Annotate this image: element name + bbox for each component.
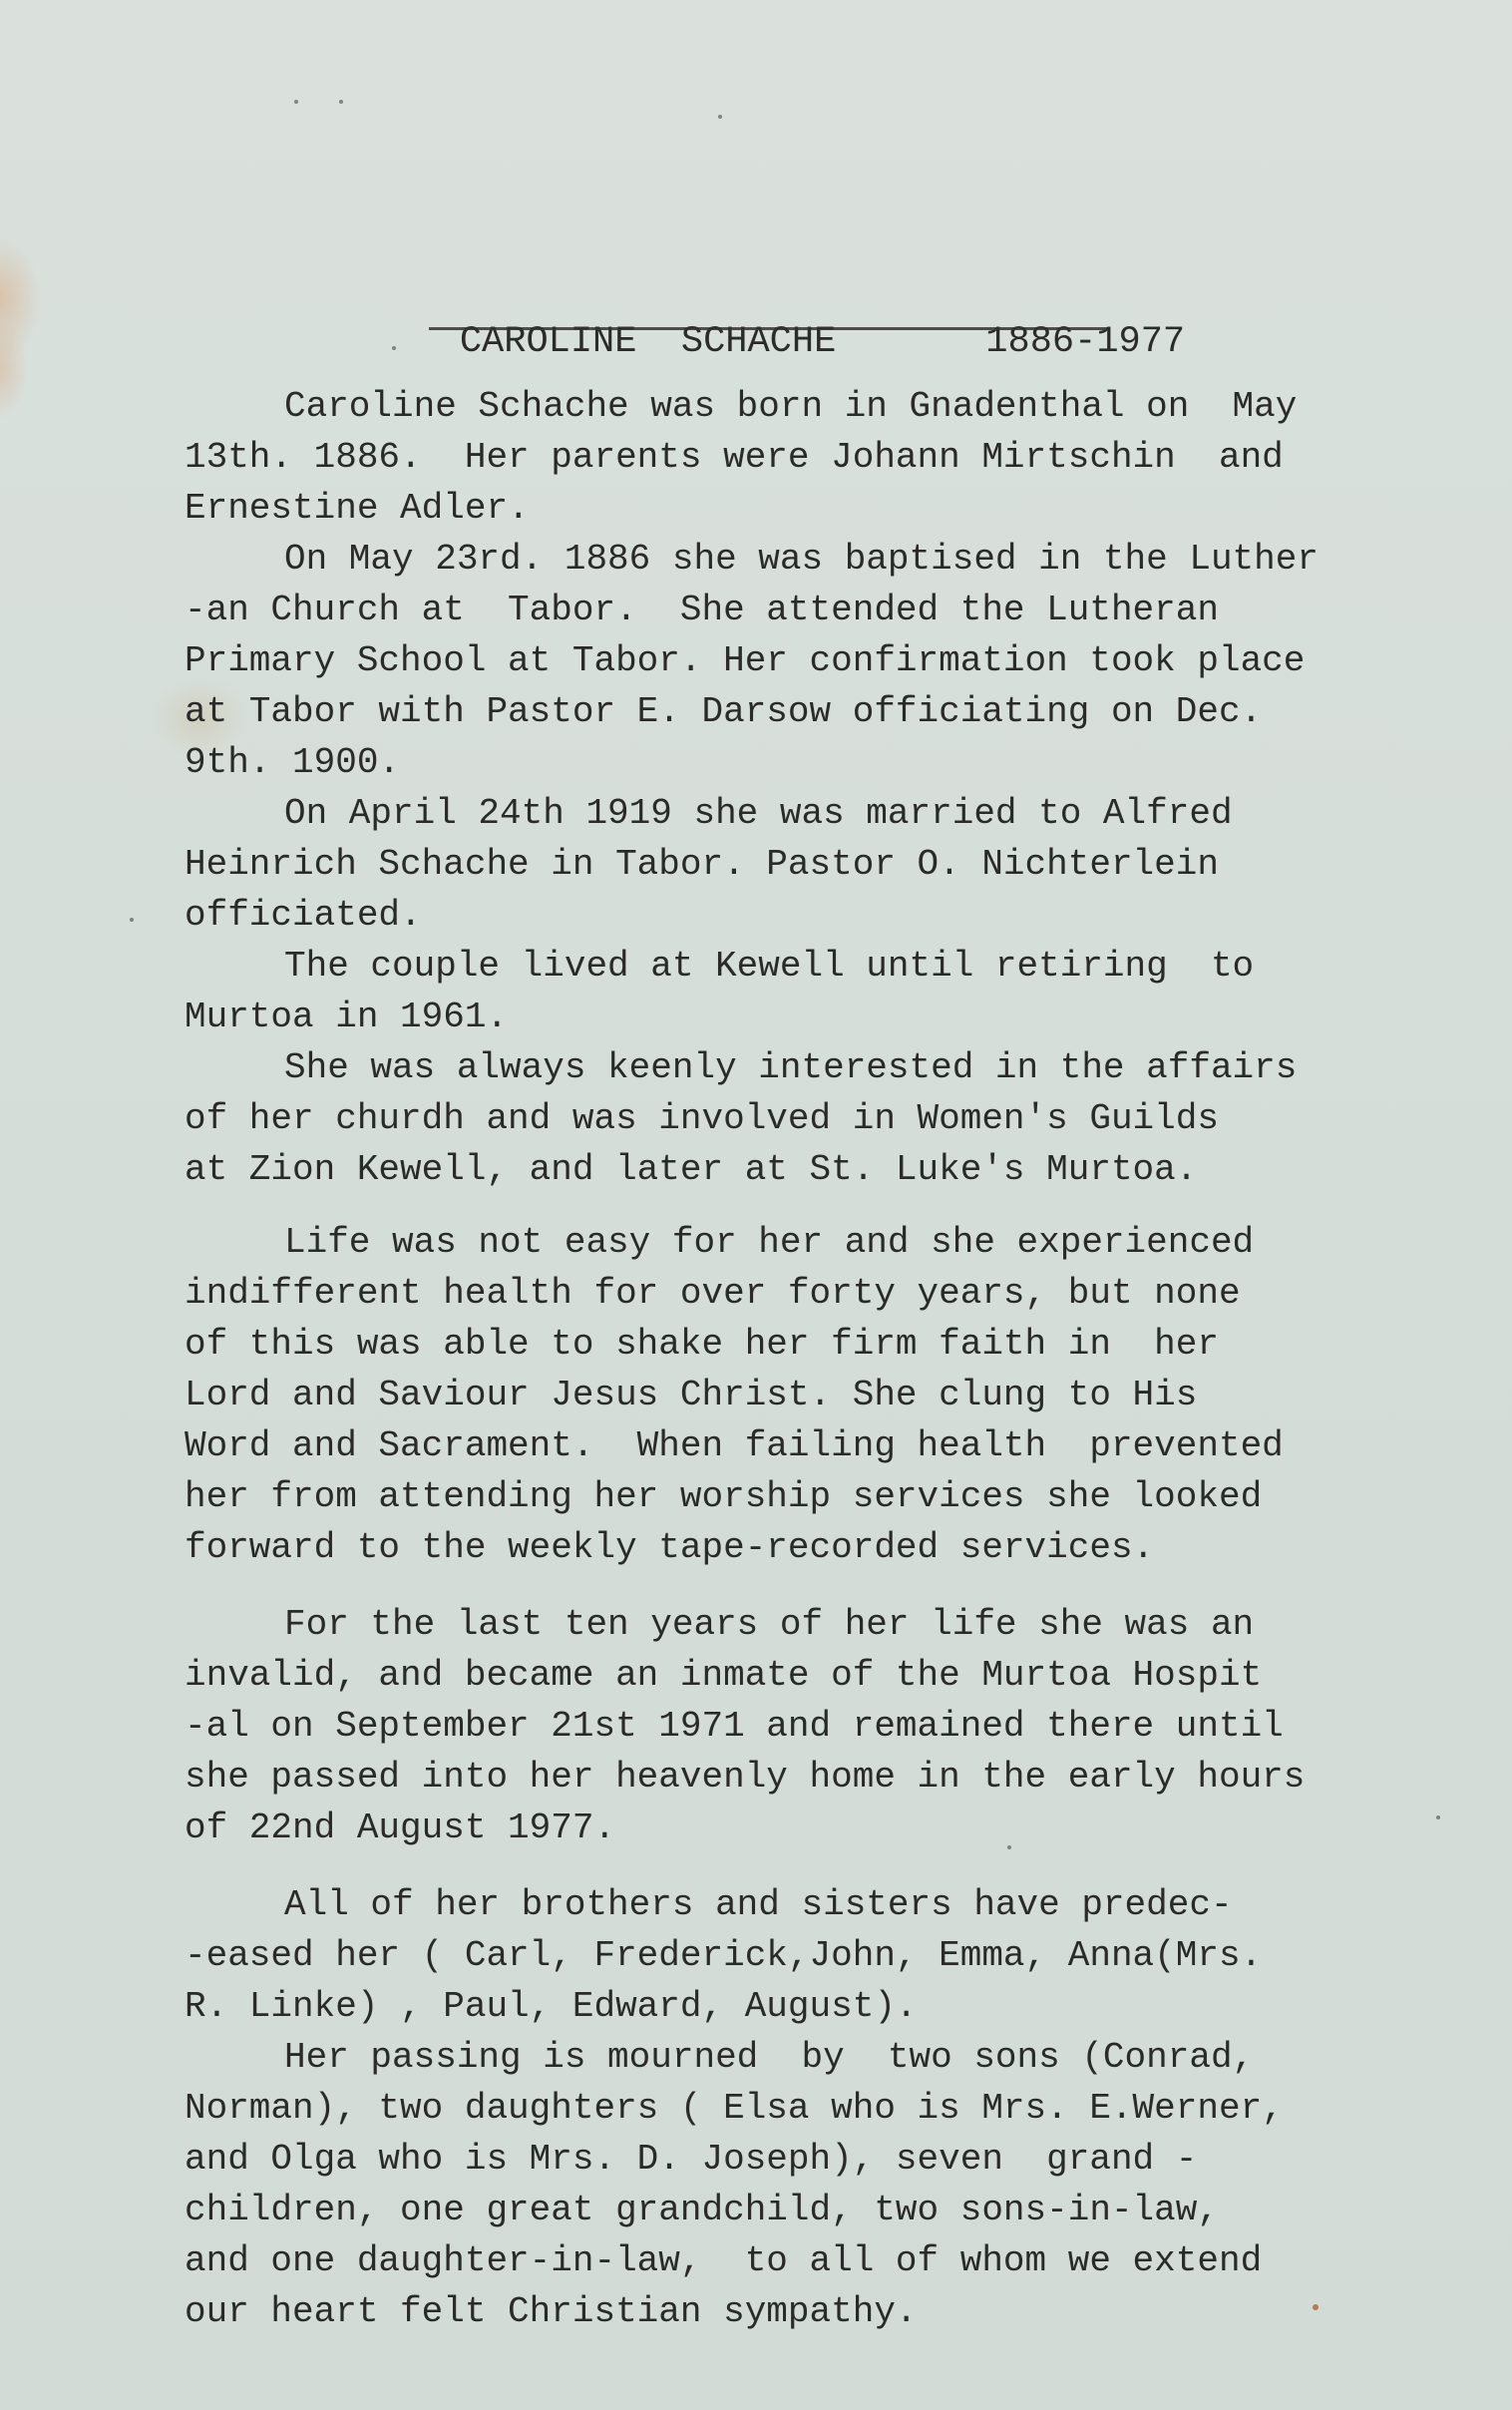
paper-stain: [1313, 2304, 1319, 2310]
paragraph-final-years: For the last ten years of her life she w…: [185, 1599, 1501, 1853]
paragraph-marriage: On April 24th 1919 she was married to Al…: [185, 788, 1501, 941]
paper-speck: [130, 918, 134, 922]
paragraph-retirement: The couple lived at Kewell until retirin…: [185, 941, 1501, 1042]
paper-speck: [718, 115, 722, 119]
paragraph-siblings: All of her brothers and sisters have pre…: [185, 1879, 1501, 2032]
document-page: CAROLINE SCHACHE1886-1977 Caroline Schac…: [0, 0, 1512, 2410]
paragraph-church-involvement: She was always keenly interested in the …: [185, 1042, 1501, 1195]
paragraph-birth: Caroline Schache was born in Gnadenthal …: [185, 381, 1501, 534]
paper-speck: [1007, 1845, 1011, 1849]
obituary-body: Caroline Schache was born in Gnadenthal …: [185, 381, 1501, 2337]
paragraph-mourners: Her passing is mourned by two sons (Conr…: [185, 2032, 1501, 2337]
title-underline: [429, 327, 1107, 330]
paper-speck: [1436, 1815, 1440, 1819]
paper-speck: [392, 346, 396, 350]
paper-speck: [339, 100, 343, 104]
paragraph-baptism: On May 23rd. 1886 she was baptised in th…: [185, 534, 1501, 788]
paragraph-faith: Life was not easy for her and she experi…: [185, 1217, 1501, 1573]
paper-speck: [294, 100, 298, 104]
